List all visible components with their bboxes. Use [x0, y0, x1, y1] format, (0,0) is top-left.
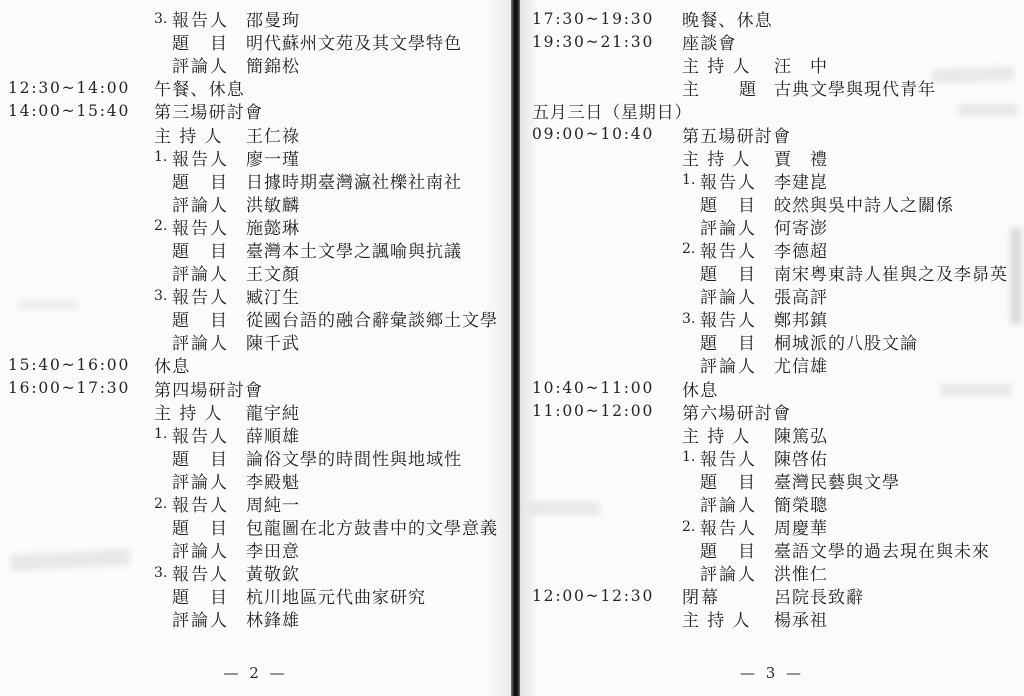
- time-range: 12:00~12:30: [532, 587, 682, 605]
- schedule-row: 2.報告人周純一: [8, 492, 507, 515]
- field-label: 評論人: [172, 537, 246, 562]
- field-value: 皎然與吳中詩人之關係: [774, 191, 954, 216]
- schedule-row: 題 目皎然與吳中詩人之關係: [532, 192, 1020, 215]
- field-label: 評論人: [172, 329, 246, 354]
- field-value: 臺灣本土文學之諷喻與抗議: [246, 237, 462, 262]
- field-value: 呂院長致辭: [774, 583, 864, 608]
- event-row: 10:40~11:00休息: [532, 377, 1020, 400]
- event-title: 第五場研討會: [682, 122, 791, 147]
- program-page-2: 3.報告人邵曼珣題 目明代蘇州文苑及其文學特色評論人簡錦松12:30~14:00…: [0, 0, 511, 696]
- event-row: 17:30~19:30晚餐、休息: [532, 7, 1020, 30]
- entry-content: 1.報告人李建崑: [682, 168, 828, 193]
- field-value: 陳篤弘: [774, 422, 828, 447]
- schedule-list: 3.報告人邵曼珣題 目明代蘇州文苑及其文學特色評論人簡錦松12:30~14:00…: [8, 7, 507, 631]
- entry-content: 3.報告人臧汀生: [154, 283, 300, 308]
- time-range: 10:40~11:00: [532, 379, 682, 397]
- schedule-row: 評論人尤信雄: [532, 353, 1020, 376]
- date-row: 五月三日（星期日）: [532, 99, 1020, 122]
- time-range: 12:30~14:00: [8, 79, 154, 97]
- schedule-row: 題 目桐城派的八股文論: [532, 330, 1020, 353]
- field-value: 包龍圖在北方鼓書中的文學意義: [246, 514, 498, 539]
- field-label: 評論人: [172, 52, 246, 77]
- field-label: 題 目: [172, 237, 246, 262]
- field-label: 評論人: [172, 468, 246, 493]
- field-label: 評論人: [700, 560, 774, 585]
- field-value: 論俗文學的時間性與地域性: [246, 445, 462, 470]
- entry-content: 題 目臺灣民藝與文學: [682, 468, 900, 493]
- field-value: 陳啓佑: [774, 445, 828, 470]
- entry-content: 1.報告人薛順雄: [154, 422, 300, 447]
- item-number: 2.: [154, 218, 172, 234]
- field-label: 題 目: [172, 583, 246, 608]
- field-label: 評論人: [700, 352, 774, 377]
- schedule-row: 題 目臺灣本土文學之諷喻與抗議: [8, 238, 507, 261]
- field-value: 李殿魁: [246, 468, 300, 493]
- field-value: 從國台語的融合辭彙談鄉土文學: [246, 306, 498, 331]
- entry-content: 3.報告人鄭邦鎮: [682, 306, 828, 331]
- entry-content: 題 目論俗文學的時間性與地域性: [154, 445, 462, 470]
- entry-content: 題 目皎然與吳中詩人之關係: [682, 191, 954, 216]
- field-value: 林鋒雄: [246, 606, 300, 631]
- field-value: 施懿琳: [246, 214, 300, 239]
- entry-content: 3.報告人邵曼珣: [154, 6, 300, 31]
- schedule-row: 題 目論俗文學的時間性與地域性: [8, 446, 507, 469]
- schedule-row: 評論人陳千武: [8, 330, 507, 353]
- field-value: 黃敬欽: [246, 560, 300, 585]
- schedule-row: 評論人王文顏: [8, 261, 507, 284]
- schedule-row: 題 目從國台語的融合辭彙談鄉土文學: [8, 307, 507, 330]
- field-label: 報告人: [172, 6, 246, 31]
- time-range: 15:40~16:00: [8, 356, 154, 374]
- event-title: 第四場研討會: [154, 376, 263, 401]
- event-title: 休息: [682, 376, 718, 401]
- schedule-row: 2.報告人李德超: [532, 238, 1020, 261]
- entry-content: 主 持 人汪 中: [682, 52, 828, 77]
- event-title: 座談會: [682, 29, 737, 54]
- field-value: 桐城派的八股文論: [774, 329, 918, 354]
- time-range: 17:30~19:30: [532, 10, 682, 28]
- schedule-row: 評論人李田意: [8, 538, 507, 561]
- field-label: 題 目: [700, 191, 774, 216]
- schedule-row: 評論人李殿魁: [8, 469, 507, 492]
- field-label: 題 目: [172, 514, 246, 539]
- entry-content: 題 目日據時期臺灣瀛社櫟社南社: [154, 168, 462, 193]
- item-number: 3.: [154, 565, 172, 581]
- entry-content: 評論人李田意: [154, 537, 300, 562]
- field-label: 報告人: [700, 237, 774, 262]
- item-number: 2.: [682, 519, 700, 535]
- entry-content: 主 題古典文學與現代青年: [682, 75, 936, 100]
- schedule-row: 題 目杭川地區元代曲家研究: [8, 584, 507, 607]
- field-value: 李德超: [774, 237, 828, 262]
- schedule-row: 評論人洪惟仁: [532, 561, 1020, 584]
- schedule-row: 主 持 人賈 禮: [532, 146, 1020, 169]
- field-label: 報告人: [700, 168, 774, 193]
- entry-content: 評論人洪惟仁: [682, 560, 828, 585]
- field-value: 洪惟仁: [774, 560, 828, 585]
- field-value: 王仁祿: [246, 122, 300, 147]
- field-value: 李建崑: [774, 168, 828, 193]
- field-label: 評論人: [700, 283, 774, 308]
- schedule-row: 3.報告人黃敬欽: [8, 561, 507, 584]
- entry-content: 3.報告人黃敬欽: [154, 560, 300, 585]
- item-number: 3.: [154, 11, 172, 27]
- field-value: 廖一瑾: [246, 145, 300, 170]
- field-value: 古典文學與現代青年: [774, 75, 936, 100]
- field-value: 李田意: [246, 537, 300, 562]
- field-label: 報告人: [700, 306, 774, 331]
- field-value: 楊承祖: [774, 606, 828, 631]
- schedule-row: 主 題古典文學與現代青年: [532, 76, 1020, 99]
- entry-content: 2.報告人李德超: [682, 237, 828, 262]
- field-value: 洪敏麟: [246, 191, 300, 216]
- item-number: 1.: [154, 426, 172, 442]
- item-number: 2.: [154, 496, 172, 512]
- entry-content: 2.報告人施懿琳: [154, 214, 300, 239]
- schedule-row: 1.報告人薛順雄: [8, 423, 507, 446]
- field-label: 題 目: [700, 260, 774, 285]
- time-range: 14:00~15:40: [8, 102, 154, 120]
- entry-content: 題 目南宋粤東詩人崔與之及李昴英: [682, 260, 1008, 285]
- field-value: 張高評: [774, 283, 828, 308]
- field-label: 報告人: [172, 214, 246, 239]
- entry-content: 1.報告人陳啓佑: [682, 445, 828, 470]
- schedule-row: 主 持 人楊承祖: [532, 607, 1020, 630]
- entry-content: 評論人李殿魁: [154, 468, 300, 493]
- entry-content: 評論人何寄澎: [682, 214, 828, 239]
- event-title: 晚餐、休息: [682, 6, 773, 31]
- field-value: 何寄澎: [774, 214, 828, 239]
- time-range: 16:00~17:30: [8, 379, 154, 397]
- field-value: 尤信雄: [774, 352, 828, 377]
- field-label: 主 持 人: [682, 145, 774, 170]
- entry-content: 2.報告人周純一: [154, 491, 300, 516]
- entry-content: 評論人尤信雄: [682, 352, 828, 377]
- schedule-row: 主 持 人汪 中: [532, 53, 1020, 76]
- schedule-row: 評論人洪敏麟: [8, 192, 507, 215]
- field-value: 日據時期臺灣瀛社櫟社南社: [246, 168, 462, 193]
- event-title: 第六場研討會: [682, 399, 791, 424]
- schedule-row: 1.報告人李建崑: [532, 169, 1020, 192]
- field-value: 王文顏: [246, 260, 300, 285]
- schedule-row: 題 目南宋粤東詩人崔與之及李昴英: [532, 261, 1020, 284]
- entry-content: 評論人王文顏: [154, 260, 300, 285]
- entry-content: 2.報告人周慶華: [682, 514, 828, 539]
- field-value: 周慶華: [774, 514, 828, 539]
- field-label: 題 目: [172, 306, 246, 331]
- item-number: 3.: [154, 288, 172, 304]
- schedule-row: 3.報告人鄭邦鎮: [532, 307, 1020, 330]
- field-value: 賈 禮: [774, 145, 828, 170]
- field-label: 題 目: [172, 168, 246, 193]
- field-label: 評論人: [172, 191, 246, 216]
- field-label: 評論人: [172, 606, 246, 631]
- field-label: 報告人: [172, 560, 246, 585]
- program-page-3: 17:30~19:30晚餐、休息19:30~21:30座談會主 持 人汪 中主 …: [520, 0, 1024, 696]
- schedule-row: 評論人林鋒雄: [8, 607, 507, 630]
- schedule-row: 主 持 人陳篤弘: [532, 423, 1020, 446]
- entry-content: 主 持 人王仁祿: [154, 122, 300, 147]
- time-range: 09:00~10:40: [532, 125, 682, 143]
- event-row: 19:30~21:30座談會: [532, 30, 1020, 53]
- field-value: 臺語文學的過去現在與未來: [774, 537, 990, 562]
- event-row: 11:00~12:00第六場研討會: [532, 400, 1020, 423]
- field-label: 報告人: [172, 491, 246, 516]
- item-number: 2.: [682, 241, 700, 257]
- page-number: — 3 —: [520, 664, 1024, 682]
- event-row: 12:30~14:00午餐、休息: [8, 76, 507, 99]
- field-label: 評論人: [172, 260, 246, 285]
- field-label: 報告人: [700, 445, 774, 470]
- field-label: 主 持 人: [154, 122, 246, 147]
- item-number: 1.: [682, 449, 700, 465]
- event-row: 09:00~10:40第五場研討會: [532, 122, 1020, 145]
- time-range: 19:30~21:30: [532, 33, 682, 51]
- field-label: 主 持 人: [154, 399, 246, 424]
- entry-content: 主 持 人楊承祖: [682, 606, 828, 631]
- field-value: 周純一: [246, 491, 300, 516]
- date-heading: 五月三日（星期日）: [532, 98, 692, 123]
- field-label: 報告人: [172, 422, 246, 447]
- field-value: 臺灣民藝與文學: [774, 468, 900, 493]
- schedule-row: 3.報告人邵曼珣: [8, 7, 507, 30]
- event-row: 15:40~16:00休息: [8, 353, 507, 376]
- schedule-row: 評論人簡錦松: [8, 53, 507, 76]
- field-label: 報告人: [172, 283, 246, 308]
- field-label: 題 目: [700, 329, 774, 354]
- schedule-row: 主 持 人王仁祿: [8, 122, 507, 145]
- entry-content: 題 目臺灣本土文學之諷喻與抗議: [154, 237, 462, 262]
- item-number: 3.: [682, 311, 700, 327]
- field-value: 龍宇純: [246, 399, 300, 424]
- event-title: 午餐、休息: [154, 75, 245, 100]
- item-number: 1.: [154, 149, 172, 165]
- field-value: 明代蘇州文苑及其文學特色: [246, 29, 462, 54]
- schedule-row: 1.報告人陳啓佑: [532, 446, 1020, 469]
- entry-content: 評論人張高評: [682, 283, 828, 308]
- field-value: 陳千武: [246, 329, 300, 354]
- entry-content: 1.報告人廖一瑾: [154, 145, 300, 170]
- entry-content: 閉幕呂院長致辭: [682, 583, 864, 608]
- schedule-row: 題 目臺灣民藝與文學: [532, 469, 1020, 492]
- entry-content: 主 持 人陳篤弘: [682, 422, 828, 447]
- entry-content: 評論人林鋒雄: [154, 606, 300, 631]
- schedule-row: 評論人張高評: [532, 284, 1020, 307]
- event-row: 14:00~15:40第三場研討會: [8, 99, 507, 122]
- field-value: 薛順雄: [246, 422, 300, 447]
- event-row: 16:00~17:30第四場研討會: [8, 377, 507, 400]
- schedule-row: 評論人何寄澎: [532, 215, 1020, 238]
- field-value: 鄭邦鎮: [774, 306, 828, 331]
- field-value: 簡錦松: [246, 52, 300, 77]
- event-title: 第三場研討會: [154, 98, 263, 123]
- entry-content: 主 持 人賈 禮: [682, 145, 828, 170]
- entry-content: 題 目臺語文學的過去現在與未來: [682, 537, 990, 562]
- field-label: 報告人: [700, 514, 774, 539]
- entry-content: 主 持 人龍宇純: [154, 399, 300, 424]
- entry-content: 評論人洪敏麟: [154, 191, 300, 216]
- item-number: 1.: [682, 172, 700, 188]
- schedule-row: 題 目包龍圖在北方鼓書中的文學意義: [8, 515, 507, 538]
- page-number: — 2 —: [0, 664, 511, 682]
- entry-content: 題 目桐城派的八股文論: [682, 329, 918, 354]
- field-label: 評論人: [700, 214, 774, 239]
- schedule-row: 題 目臺語文學的過去現在與未來: [532, 538, 1020, 561]
- field-label: 主 持 人: [682, 52, 774, 77]
- field-value: 臧汀生: [246, 283, 300, 308]
- binding-gutter-shadow: [511, 0, 520, 696]
- field-label: 閉幕: [682, 583, 774, 608]
- entry-content: 題 目明代蘇州文苑及其文學特色: [154, 29, 462, 54]
- field-label: 主 題: [682, 75, 774, 100]
- entry-content: 題 目包龍圖在北方鼓書中的文學意義: [154, 514, 498, 539]
- field-value: 汪 中: [774, 52, 828, 77]
- entry-content: 評論人簡榮聰: [682, 491, 828, 516]
- schedule-row: 題 目明代蘇州文苑及其文學特色: [8, 30, 507, 53]
- schedule-list: 17:30~19:30晚餐、休息19:30~21:30座談會主 持 人汪 中主 …: [532, 7, 1020, 631]
- field-label: 主 持 人: [682, 422, 774, 447]
- entry-content: 題 目杭川地區元代曲家研究: [154, 583, 426, 608]
- field-value: 簡榮聰: [774, 491, 828, 516]
- schedule-row: 1.報告人廖一瑾: [8, 146, 507, 169]
- schedule-row: 主 持 人龍宇純: [8, 400, 507, 423]
- field-label: 題 目: [700, 468, 774, 493]
- field-value: 南宋粤東詩人崔與之及李昴英: [774, 260, 1008, 285]
- field-label: 題 目: [700, 537, 774, 562]
- schedule-row: 評論人簡榮聰: [532, 492, 1020, 515]
- schedule-row: 2.報告人施懿琳: [8, 215, 507, 238]
- schedule-row: 題 目日據時期臺灣瀛社櫟社南社: [8, 169, 507, 192]
- schedule-row: 3.報告人臧汀生: [8, 284, 507, 307]
- entry-content: 評論人簡錦松: [154, 52, 300, 77]
- schedule-row: 12:00~12:30閉幕呂院長致辭: [532, 584, 1020, 607]
- field-label: 題 目: [172, 445, 246, 470]
- field-label: 報告人: [172, 145, 246, 170]
- time-range: 11:00~12:00: [532, 402, 682, 420]
- entry-content: 題 目從國台語的融合辭彙談鄉土文學: [154, 306, 498, 331]
- entry-content: 評論人陳千武: [154, 329, 300, 354]
- field-value: 邵曼珣: [246, 6, 300, 31]
- schedule-row: 2.報告人周慶華: [532, 515, 1020, 538]
- field-label: 主 持 人: [682, 606, 774, 631]
- field-value: 杭川地區元代曲家研究: [246, 583, 426, 608]
- field-label: 評論人: [700, 491, 774, 516]
- field-label: 題 目: [172, 29, 246, 54]
- event-title: 休息: [154, 352, 190, 377]
